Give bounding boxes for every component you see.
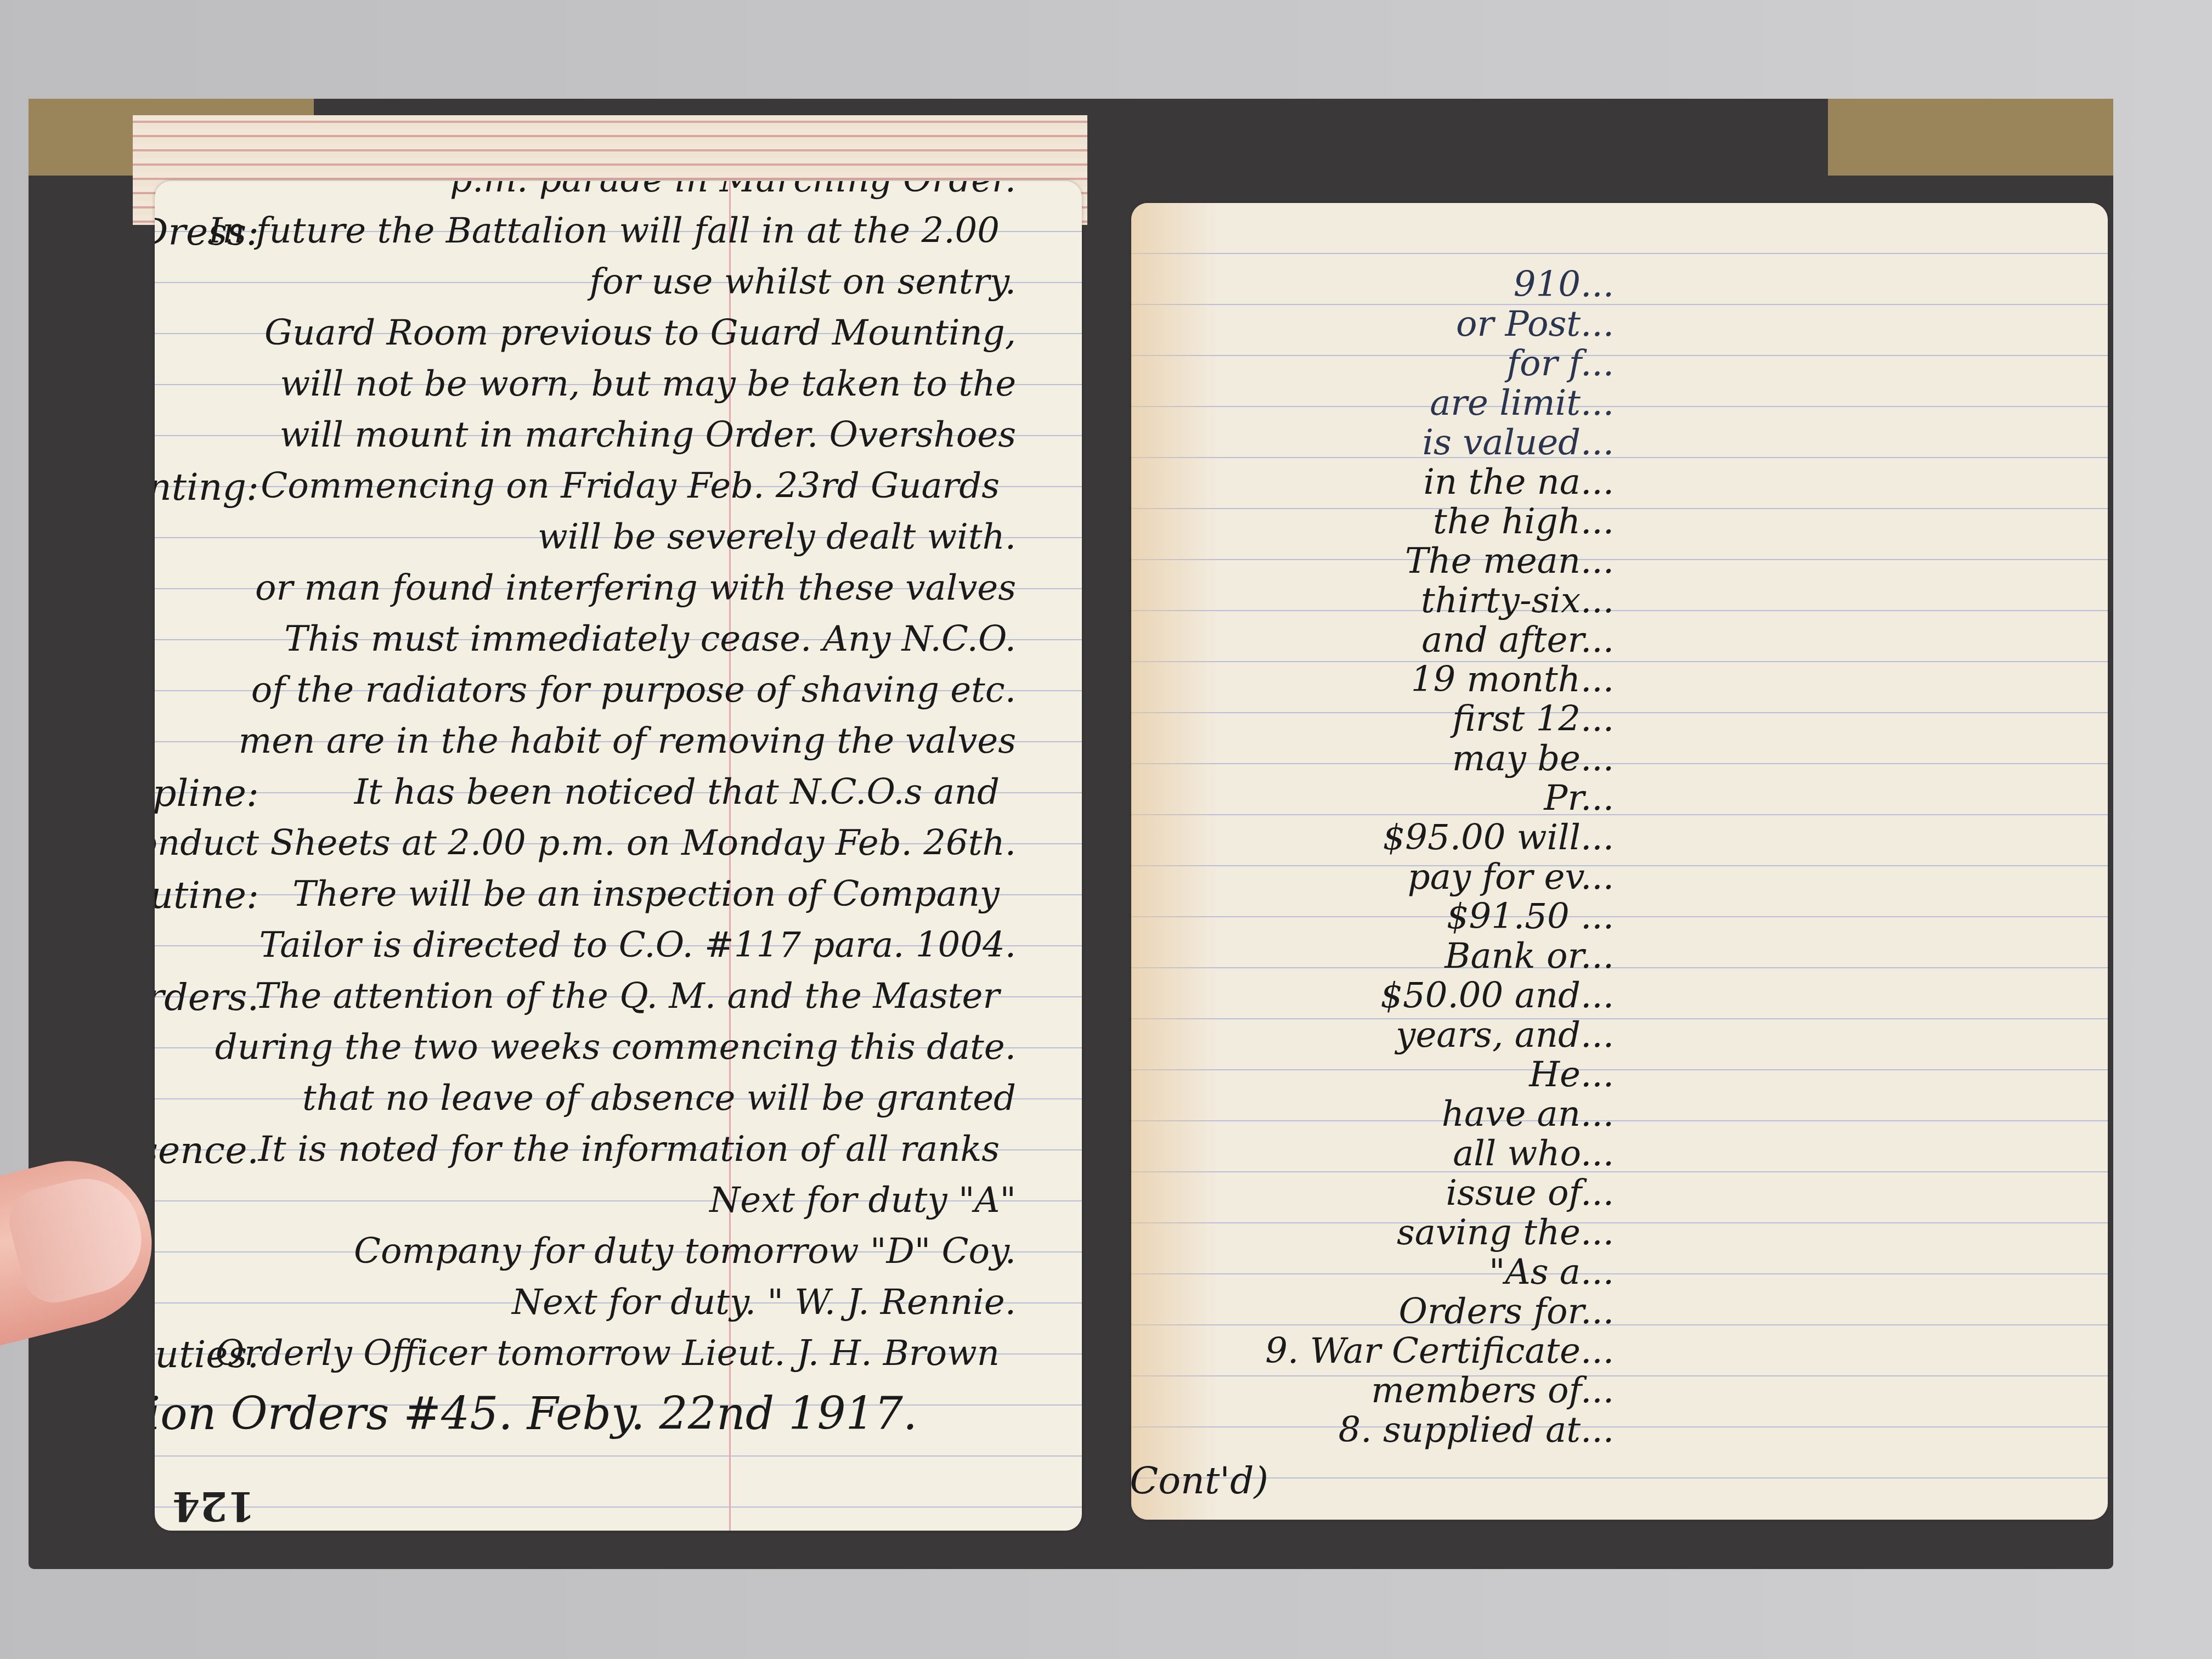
section-line: It has been noticed that N.C.O.s and: [354, 772, 1000, 812]
section-heading: 5. Discipline:: [155, 772, 259, 815]
section-line: Next for duty "A": [709, 1180, 1016, 1221]
section-line: This must immediately cease. Any N.C.O.: [284, 619, 1016, 659]
section-line: It is noted for the information of all r…: [258, 1129, 1000, 1170]
right-page-line: is valued...: [1422, 422, 1614, 463]
section-heading: 3. Contingent Orders.: [155, 976, 259, 1019]
section-line: Conduct Sheets at 2.00 p.m. on Monday Fe…: [155, 823, 1016, 864]
right-page-line: all who...: [1453, 1133, 1614, 1174]
section-line: during the two weeks commencing this dat…: [215, 1027, 1016, 1068]
page-number: 124: [172, 1483, 255, 1530]
right-page-line: saving the...: [1397, 1212, 1614, 1253]
section-heading: 4. Routine:: [155, 874, 259, 917]
section-heading: 6. Guard Mounting:: [155, 466, 259, 509]
section-heading: 2. Leave of Absence.: [155, 1129, 259, 1172]
section-line: will not be worn, but may be taken to th…: [280, 364, 1016, 404]
right-page-line: have an...: [1442, 1094, 1614, 1135]
right-page-line: issue of...: [1446, 1173, 1614, 1214]
right-page-line: 8. supplied at...: [1339, 1410, 1614, 1451]
section-line: for use whilst on sentry.: [589, 262, 1016, 302]
section-line: of the radiators for purpose of shaving …: [251, 670, 1016, 710]
section-line: will be severely dealt with.: [538, 517, 1016, 557]
right-page-line: members of...: [1371, 1370, 1614, 1411]
section-line: Guard Room previous to Guard Mounting,: [264, 313, 1016, 353]
section-line: Commencing on Friday Feb. 23rd Guards: [261, 466, 1000, 506]
section-line: or man found interfering with these valv…: [255, 568, 1016, 608]
left-page: 124 Battalion Orders #45. Feby. 22nd 191…: [155, 181, 1082, 1531]
section-line: Next for duty. " W. J. Rennie.: [512, 1282, 1016, 1323]
right-page: #45 (Cont'd) 8. supplied at... members o…: [1131, 203, 2108, 1520]
right-page-line: He...: [1529, 1054, 1614, 1095]
right-page-line: Bank or...: [1444, 936, 1614, 977]
right-page-line: and after...: [1421, 620, 1614, 661]
gutter-shadow: [1131, 203, 1219, 1520]
right-page-line: 910...: [1514, 264, 1614, 305]
right-page-line: pay for ev...: [1408, 857, 1614, 898]
section-line: Company for duty tomorrow "D" Coy.: [354, 1231, 1016, 1272]
right-page-line: or Post...: [1456, 304, 1614, 345]
section-line: that no leave of absence will be granted: [302, 1078, 1016, 1119]
page-title: Battalion Orders #45. Feby. 22nd 1917.: [155, 1388, 917, 1440]
section-line: The attention of the Q. M. and the Maste…: [255, 976, 1000, 1017]
right-page-line: $91.50 ...: [1447, 896, 1614, 937]
right-page-line: first 12...: [1452, 699, 1614, 740]
book-photo-scene: #45 (Cont'd) 8. supplied at... members o…: [0, 0, 2212, 1659]
right-page-line: 9. War Certificate...: [1265, 1331, 1614, 1372]
right-page-line: 19 month...: [1411, 659, 1614, 700]
right-page-line: in the na...: [1423, 462, 1614, 503]
right-page-line: may be...: [1452, 738, 1614, 779]
right-page-line: Orders for...: [1399, 1291, 1615, 1332]
right-page-line: the high...: [1433, 501, 1614, 542]
right-page-line: for f...: [1506, 343, 1614, 384]
right-page-line: are limit...: [1430, 383, 1614, 424]
section-line: Orderly Officer tomorrow Lieut. J. H. Br…: [216, 1333, 1000, 1374]
ruled-lines: [1131, 203, 2108, 1520]
section-line: In future the Battalion will fall in at …: [208, 211, 1000, 251]
right-page-line: $50.00 and...: [1380, 975, 1614, 1016]
right-page-line: "As a...: [1489, 1252, 1614, 1293]
section-line: p.m. parade in Marching Order.: [450, 181, 1016, 200]
right-page-line: Pr...: [1544, 778, 1614, 819]
right-page-line: The mean...: [1405, 541, 1614, 582]
section-line: men are in the habit of removing the val…: [239, 721, 1016, 761]
right-page-header: #45 (Cont'd): [1131, 1459, 1268, 1503]
right-page-line: $95.00 will...: [1383, 817, 1615, 858]
section-line: Tailor is directed to C.O. #117 para. 10…: [259, 925, 1016, 966]
section-line: will mount in marching Order. Overshoes: [280, 415, 1016, 455]
right-page-line: thirty-six...: [1421, 580, 1614, 621]
section-line: There will be an inspection of Company: [292, 874, 1000, 915]
fingernail: [3, 1167, 153, 1310]
cover-corner-top: [1828, 99, 2113, 176]
right-page-line: years, and...: [1396, 1015, 1614, 1056]
